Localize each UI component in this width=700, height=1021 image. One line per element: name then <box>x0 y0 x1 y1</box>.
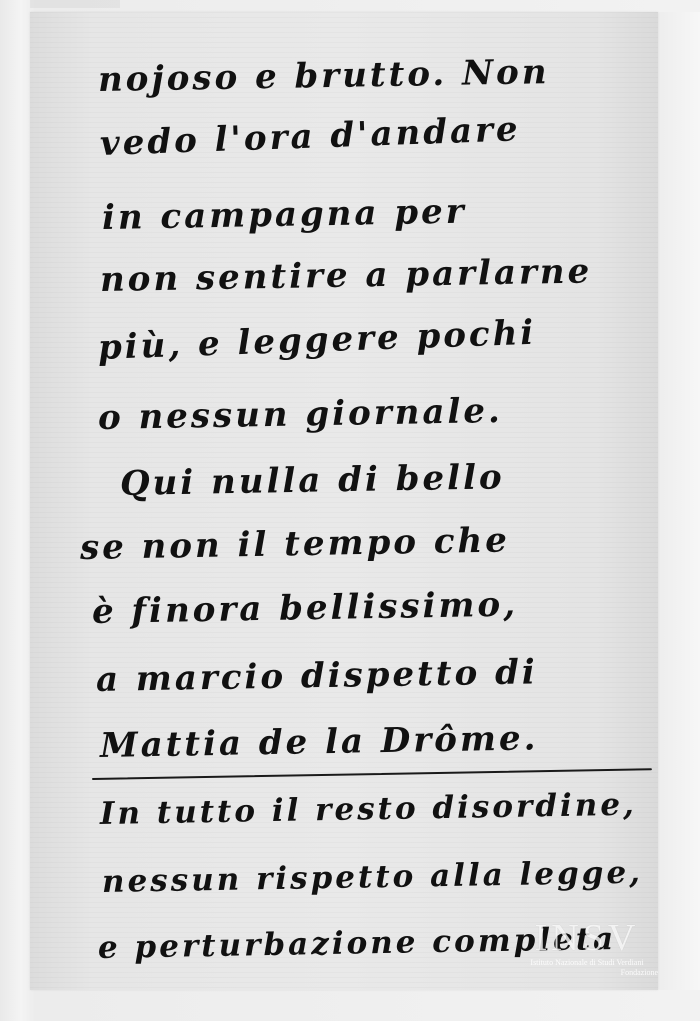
divider-stroke <box>92 768 652 780</box>
manuscript-line: vedo l'ora d'andare <box>99 109 521 164</box>
page-top-edge <box>30 0 120 8</box>
manuscript-page: nojoso e brutto. Non vedo l'ora d'andare… <box>30 12 658 990</box>
manuscript-line: nessun rispetto alla legge, <box>102 855 644 900</box>
manuscript-line: è finora bellissimo, <box>92 585 519 632</box>
manuscript-line: nojoso e brutto. Non <box>98 52 550 100</box>
manuscript-line: Mattia de la Drôme. <box>100 718 539 766</box>
institution-watermark: INSV Istituto Nazionale di Studi Verdian… <box>512 918 662 978</box>
scan-margin <box>658 12 700 990</box>
watermark-subtitle: Istituto Nazionale di Studi Verdiani <box>512 958 662 968</box>
manuscript-line: In tutto il resto disordine, <box>100 787 637 832</box>
manuscript-line: se non il tempo che <box>80 521 511 568</box>
manuscript-line: Qui nulla di bello <box>120 457 505 504</box>
manuscript-line: più, e leggere pochi <box>97 313 537 368</box>
manuscript-line: in campagna per <box>102 192 467 238</box>
watermark-logo: INSV <box>512 918 662 958</box>
manuscript-line: non sentire a parlarne <box>100 251 593 300</box>
watermark-subtitle-2: Fondazione <box>512 968 662 978</box>
manuscript-line: a marcio dispetto di <box>96 652 538 700</box>
manuscript-line: o nessun giornale. <box>98 391 503 438</box>
